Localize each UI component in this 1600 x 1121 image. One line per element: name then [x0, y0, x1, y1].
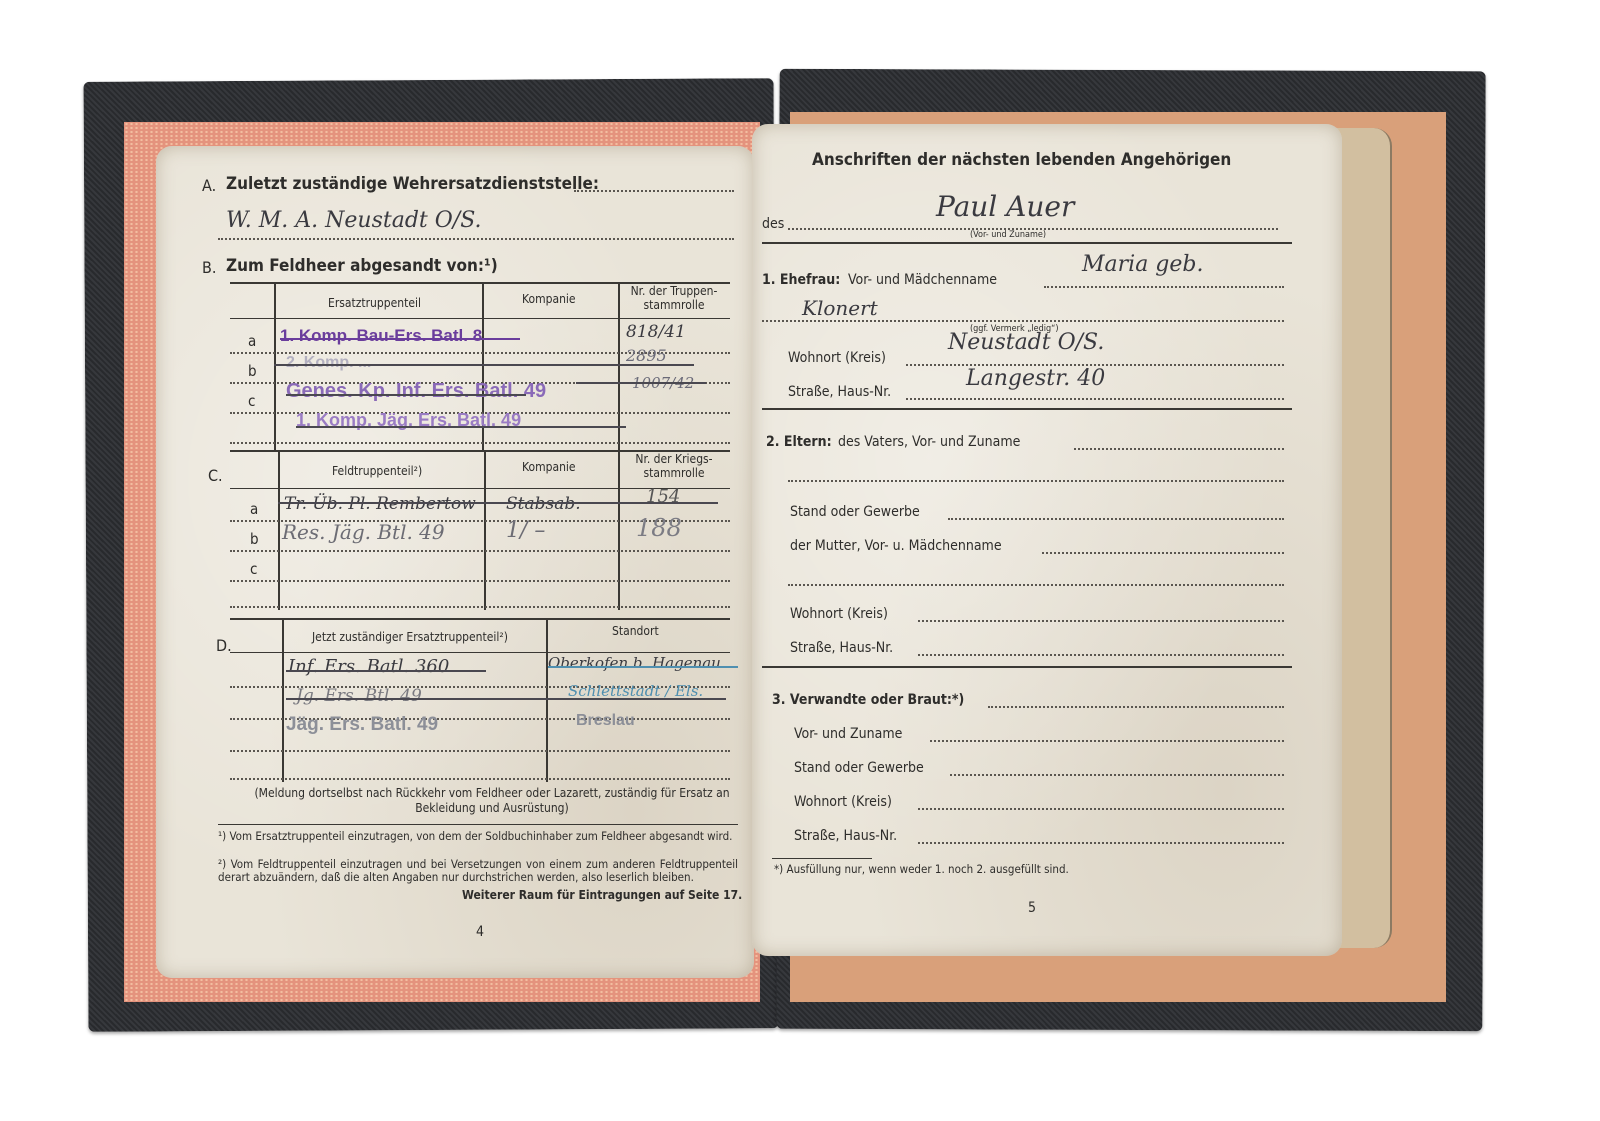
section-c-label: C. — [208, 466, 223, 485]
entry-d-2-unit: Jg. Ers. Btl. 49 — [296, 686, 422, 706]
page-number-4: 4 — [476, 924, 484, 940]
col-ersatztruppenteil: Ersatztruppenteil — [328, 296, 421, 310]
parents-label: 2. Eltern: — [766, 434, 832, 450]
entry-d-2-location: Schlettstadt / Els. — [568, 682, 703, 700]
relative-residence-label: Wohnort (Kreis) — [794, 794, 892, 810]
mother-name-label: der Mutter, Vor- u. Mädchenname — [790, 538, 1002, 554]
soldier-name: Paul Auer — [936, 190, 1074, 223]
section-b-label: B. — [202, 258, 216, 277]
entry-d-1-unit: Inf. Ers. Batl. 360 — [288, 656, 449, 677]
parents-street-label: Straße, Haus-Nr. — [790, 640, 893, 656]
col-jetzt-zustaendig: Jetzt zuständiger Ersatztruppenteil²) — [312, 630, 508, 644]
entry-c-b-unit: Res. Jäg. Btl. 49 — [282, 520, 445, 544]
row-label-c: c — [248, 392, 255, 410]
relative-name-label: Vor- und Zuname — [794, 726, 902, 742]
relatives-page-title: Anschriften der nächsten lebenden Angehö… — [812, 150, 1231, 170]
entry-c-b-number: 188 — [636, 514, 682, 542]
section-a-value: W. M. A. Neustadt O/S. — [226, 208, 481, 233]
father-occupation-label: Stand oder Gewerbe — [790, 504, 920, 520]
wife-label: 1. Ehefrau: — [762, 272, 840, 288]
wife-name-value: Maria geb. — [1082, 252, 1203, 277]
wife-name-label: Vor- und Mädchenname — [848, 272, 997, 288]
section-b-title: Zum Feldheer abgesandt von:¹) — [226, 256, 498, 276]
entry-b-b-number: 2895 — [626, 346, 667, 365]
section-a-label: A. — [202, 176, 216, 195]
entry-b-a-number: 818/41 — [626, 322, 686, 342]
page-5: Anschriften der nächsten lebenden Angehö… — [752, 124, 1342, 956]
reporting-note: (Meldung dortselbst nach Rückkehr vom Fe… — [242, 786, 742, 816]
entry-c-a-company: Stabsab. — [506, 494, 581, 514]
row-label-c-b: b — [250, 530, 259, 548]
entry-d-3-location: Breslau — [576, 712, 635, 730]
relative-street-label: Straße, Haus-Nr. — [794, 828, 897, 844]
col-kriegsstammrolle: Nr. der Kriegs-stammrolle — [622, 452, 726, 480]
more-space-note: Weiterer Raum für Eintragungen auf Seite… — [462, 888, 742, 902]
row-label-a: a — [248, 332, 256, 350]
entry-c-a-unit: Tr. Üb. Pl. Rembertow — [284, 494, 476, 514]
relative-occupation-label: Stand oder Gewerbe — [794, 760, 924, 776]
row-label-c-c: c — [250, 560, 257, 578]
father-name-label: des Vaters, Vor- und Zuname — [838, 434, 1020, 450]
relatives-footnote: *) Ausfüllung nur, wenn weder 1. noch 2.… — [774, 862, 1069, 876]
wife-street-value: Langestr. 40 — [966, 366, 1105, 391]
page-4: A. Zuletzt zuständige Wehrersatzdienstst… — [156, 146, 754, 978]
entry-d-3-unit: Jäg. Ers. Batl. 49 — [286, 714, 438, 736]
wife-street-label: Straße, Haus-Nr. — [788, 384, 891, 400]
footnote-2: ²) Vom Feldtruppenteil einzutragen und b… — [218, 858, 738, 884]
parents-residence-label: Wohnort (Kreis) — [790, 606, 888, 622]
entry-c-b-company: 1/ – — [506, 518, 545, 543]
entry-d-1-location: Oberkofen b. Hagenau — [548, 654, 721, 672]
des-label: des — [762, 216, 784, 232]
name-caption: (Vor- und Zuname) — [970, 230, 1046, 240]
section-a-title: Zuletzt zuständige Wehrersatzdienststell… — [226, 174, 599, 194]
wife-maiden-name: Klonert — [802, 296, 878, 320]
relatives-label: 3. Verwandte oder Braut:*) — [772, 692, 964, 708]
row-label-c-a: a — [250, 500, 258, 518]
col-standort: Standort — [612, 624, 659, 638]
footnote-1: ¹) Vom Ersatztruppenteil einzutragen, vo… — [218, 830, 738, 843]
entry-b-c-unit: Genes. Kp. Inf. Ers. Batl. 49 — [286, 380, 546, 403]
col-truppenstammrolle: Nr. der Truppen-stammrolle — [622, 284, 726, 312]
entry-b-a-unit: 1. Komp. Bau-Ers. Batl. 8 — [280, 326, 482, 346]
wife-residence-value: Neustadt O/S. — [948, 330, 1104, 355]
col-kompanie: Kompanie — [522, 292, 576, 306]
col-kompanie-c: Kompanie — [522, 460, 576, 474]
row-label-b: b — [248, 362, 257, 380]
wife-residence-label: Wohnort (Kreis) — [788, 350, 886, 366]
page-number-5: 5 — [1028, 900, 1036, 916]
col-feldtruppenteil: Feldtruppenteil²) — [332, 464, 422, 478]
entry-b-b-unit: 2. Komp. ... — [286, 354, 371, 372]
